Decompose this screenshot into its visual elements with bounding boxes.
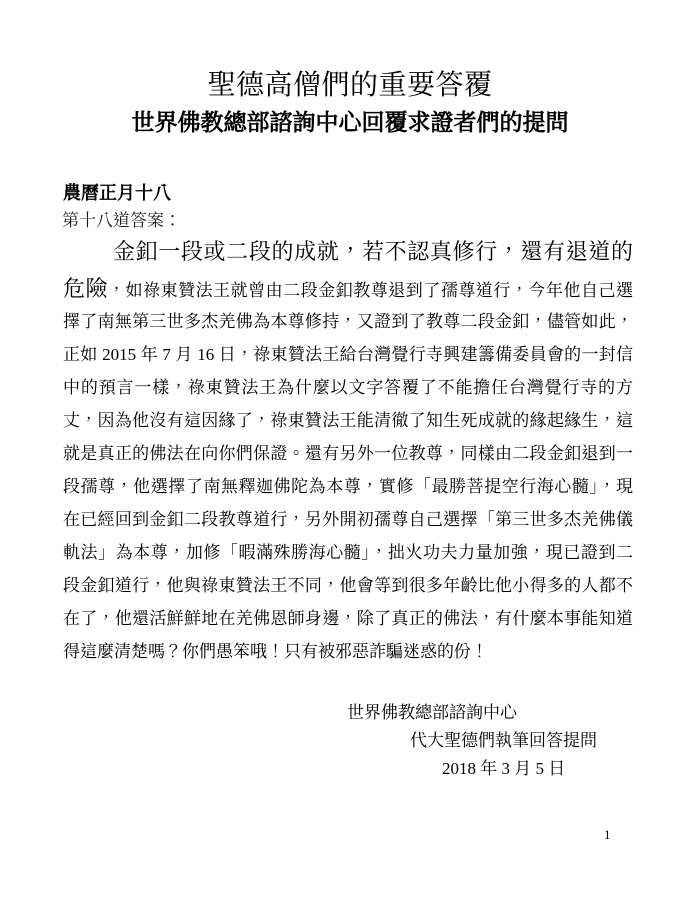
body-line: 軌法」為本尊，加修「暇滿殊勝海心髓」，拙火功夫力量加強，現已證到二 [63,536,633,569]
body-line: 擇了南無第三世多杰羌佛為本尊修持，又證到了教尊二段金釦，儘管如此， [63,305,633,338]
body-line: 危險，如祿東贊法王就曾由二段金釦教尊退到了孺尊道行，今年他自己選 [63,272,633,305]
signature-block: 世界佛教總部諮詢中心 代大聖德們執筆回答提問 2018 年 3 月 5 日 [0,699,700,783]
body-text: 就是真正的佛法在向你們保證。還有另外一位教尊，同樣由二段金釦退到一 [63,444,633,463]
body-text: 段金釦道行，他與祿東贊法王不同，他會等到很多年齡比他小得多的人都不 [63,576,633,595]
answer-body: 金釦一段或二段的成就，若不認真修行，還有退道的 危險，如祿東贊法王就曾由二段金釦… [63,232,633,668]
body-text: 擇了南無第三世多杰羌佛為本尊修持，又證到了教尊二段金釦，儘管如此， [63,312,633,331]
body-line: 在了，他還活鮮鮮地在羌佛恩師身邊，除了真正的佛法，有什麼本事能知道 [63,602,633,635]
body-line: 就是真正的佛法在向你們保證。還有另外一位教尊，同樣由二段金釦退到一 [63,437,633,470]
document-subtitle: 世界佛教總部諮詢中心回覆求證者們的提問 [0,108,700,138]
body-text: 軌法」為本尊，加修「暇滿殊勝海心髓」，拙火功夫力量加強，現已證到二 [63,543,633,562]
page-number: 1 [604,826,611,844]
body-line: 段金釦道行，他與祿東贊法王不同，他會等到很多年齡比他小得多的人都不 [63,569,633,602]
body-line: 丈，因為他沒有這因緣了，祿東贊法王能清徹了知生死成就的緣起緣生，這 [63,404,633,437]
signature-date: 2018 年 3 月 5 日 [442,755,700,783]
body-line: 正如 2015 年 7 月 16 日，祿東贊法王給台灣覺行寺興建籌備委員會的一封… [63,338,633,371]
signature-organization: 世界佛教總部諮詢中心 [347,699,700,727]
body-text: 得這麼清楚嗎？你們愚笨哦！只有被邪惡詐騙迷惑的份！ [63,642,488,661]
emphasis-text: 危險 [63,276,108,301]
body-line: 中的預言一樣，祿東贊法王為什麼以文字答覆了不能擔任台灣覺行寺的方 [63,371,633,404]
answer-number-label: 第十八道答案： [62,209,181,232]
body-text: 丈，因為他沒有這因緣了，祿東贊法王能清徹了知生死成就的緣起緣生，這 [63,411,633,430]
body-line: 得這麼清楚嗎？你們愚笨哦！只有被邪惡詐騙迷惑的份！ [63,635,633,668]
body-line: 段孺尊，他選擇了南無釋迦佛陀為本尊，實修「最勝菩提空行海心髓」，現 [63,470,633,503]
body-text: 在已經回到金釦二段教尊道行，另外開初孺尊自己選擇「第三世多杰羌佛儀 [63,510,633,529]
body-text: 正如 2015 年 7 月 16 日，祿東贊法王給台灣覺行寺興建籌備委員會的一封… [63,345,633,364]
body-text: ，如祿東贊法王就曾由二段金釦教尊退到了孺尊道行，今年他自己選 [108,281,633,300]
lunar-date-heading: 農曆正月十八 [63,181,171,205]
document-title: 聖德高僧們的重要答覆 [0,68,700,104]
emphasis-text: 金釦一段或二段的成就，若不認真修行，還有退道的 [113,239,633,264]
body-line: 在已經回到金釦二段教尊道行，另外開初孺尊自己選擇「第三世多杰羌佛儀 [63,503,633,536]
body-text: 在了，他還活鮮鮮地在羌佛恩師身邊，除了真正的佛法，有什麼本事能知道 [63,609,633,628]
body-text: 中的預言一樣，祿東贊法王為什麼以文字答覆了不能擔任台灣覺行寺的方 [63,378,633,397]
document-page: 聖德高僧們的重要答覆 世界佛教總部諮詢中心回覆求證者們的提問 農曆正月十八 第十… [0,0,700,906]
body-line: 金釦一段或二段的成就，若不認真修行，還有退道的 [63,232,633,272]
signature-author: 代大聖德們執筆回答提問 [410,727,700,755]
body-text: 段孺尊，他選擇了南無釋迦佛陀為本尊，實修「最勝菩提空行海心髓」，現 [63,477,633,496]
